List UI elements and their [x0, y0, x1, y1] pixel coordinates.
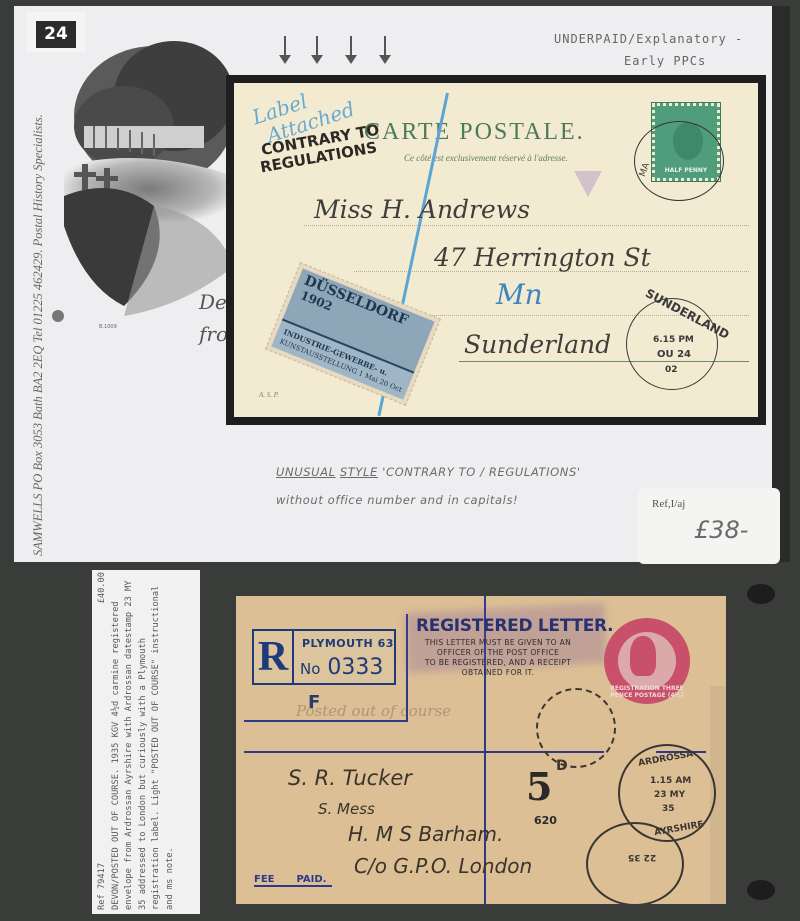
note-line: without office number and in capitals!: [276, 486, 581, 514]
address-line-name: S. R. Tucker: [288, 766, 412, 790]
transit-postmark: [536, 688, 616, 768]
registration-label: R PLYMOUTH 63 No 0333: [252, 629, 396, 685]
postmark-date: 22 35: [628, 852, 656, 862]
address-line-street: 47 Herrington St: [434, 243, 651, 272]
address-rule: [304, 225, 749, 226]
lot-annotation: UNUSUAL STYLE 'CONTRARY TO / REGULATIONS…: [276, 458, 581, 514]
annotation-line: UNDERPAID/Explanatory -: [554, 28, 794, 50]
london-postmark: 22 35: [586, 822, 684, 904]
note-quote: 'CONTRARY TO / REGULATIONS': [382, 465, 580, 479]
postage-indicia: REGISTRATION THREE PENCE POSTAGE (4½): [604, 618, 690, 704]
dusseldorf-exhibition-label: DÜSSELDORF 1902 INDUSTRIE-GEWERBE- u. KU…: [266, 263, 440, 404]
registration-no-prefix: No: [300, 660, 320, 678]
registration-office: PLYMOUTH 63: [302, 637, 394, 650]
price-card: Ref,I/aj £38-: [638, 488, 780, 564]
price-ref: Ref,I/aj: [652, 498, 685, 510]
postmark-town: ARDROSSA: [638, 749, 694, 768]
registered-letter-heading: REGISTERED LETTER.: [416, 616, 613, 636]
fee-word: FEE: [254, 874, 275, 885]
registered-instructions: This letter must be given to an Officer …: [408, 638, 588, 678]
address-line-ship: H. M S Barham.: [348, 822, 503, 846]
lot-description-text: DEVON/POSTED OUT OF COURSE. 1935 KGV 4½d…: [110, 572, 178, 910]
postmark-date: OU 24: [657, 349, 691, 360]
instruction-line: to be Registered, and a Receipt: [408, 658, 588, 668]
note-word: UNUSUAL: [276, 465, 336, 479]
charge-handstamp-number: 620: [534, 814, 557, 827]
arrow-down-icon: [316, 36, 318, 62]
faint-cachet-text: Posted out of course: [296, 702, 451, 720]
note-word: STYLE: [340, 465, 378, 479]
postcard: CARTE POSTALE. Ce côté est exclusivement…: [234, 83, 758, 417]
postmark-year: 35: [662, 804, 675, 814]
fee-paid-label: FEEPAID.: [254, 874, 332, 887]
king-portrait-icon: [630, 636, 656, 676]
blue-manuscript-mark: Mn: [496, 278, 543, 311]
lot-description-card: Ref 79417 £40.00 DEVON/POSTED OUT OF COU…: [92, 570, 200, 914]
top-album-page: 24 SAMWELLS PO Box 3053 Bath BA2 2EQ Tel…: [14, 6, 784, 562]
postmark-time: 6.15 PM: [653, 335, 694, 345]
charge-handstamp: 5: [526, 764, 552, 809]
address-line-mess: S. Mess: [318, 800, 375, 818]
registered-envelope: R PLYMOUTH 63 No 0333 F Posted out of co…: [236, 596, 726, 904]
instruction-line: obtained for it.: [408, 668, 588, 678]
price-value: £38-: [694, 516, 748, 544]
postcard-subtitle: Ce côté est exclusivement réservé à l'ad…: [404, 153, 568, 163]
paid-word: PAID.: [297, 874, 327, 885]
sunderland-postmark: SUNDERLAND 6.15 PM OU 24 02: [626, 298, 718, 390]
triangle-mark: [574, 171, 602, 197]
svg-text:B.1009: B.1009: [99, 324, 117, 330]
address-line-city: C/o G.P.O. London: [354, 854, 532, 878]
arrow-down-icon: [384, 36, 386, 62]
annotation-line: Early PPCs: [554, 50, 794, 72]
arrow-down-icon: [350, 36, 352, 62]
binder-hole: [747, 880, 775, 900]
binder-hole: [747, 584, 775, 604]
registration-number: 0333: [327, 655, 383, 680]
publisher-imprint: A. S. P.: [259, 391, 279, 399]
dealer-imprint: SAMWELLS PO Box 3053 Bath BA2 2EQ Tel 01…: [14, 66, 48, 556]
registration-r: R: [254, 631, 294, 683]
lot-price: £40.00: [96, 572, 110, 603]
postcard-mount: CARTE POSTALE. Ce côté est exclusivement…: [226, 75, 766, 425]
instruction-line: Officer of the Post Office: [408, 648, 588, 658]
address-line-town: Sunderland: [464, 330, 611, 359]
label-box-rule: [244, 720, 408, 722]
postmark-time: 1.15 AM: [650, 776, 691, 786]
postmark-town: SUNDERLAND: [643, 286, 731, 342]
lot-description: Ref 79417 £40.00 DEVON/POSTED OUT OF COU…: [96, 572, 177, 910]
charge-handstamp-letter: D: [556, 758, 568, 774]
arrow-down-icon: [284, 36, 286, 62]
postmark-date: 23 MY: [654, 790, 685, 800]
instruction-line: This letter must be given to an: [408, 638, 588, 648]
postmark-year: 02: [665, 365, 678, 375]
indicia-text: REGISTRATION THREE PENCE POSTAGE (4½): [604, 685, 690, 699]
postcard-title: CARTE POSTALE.: [364, 119, 585, 146]
departure-postmark: [634, 121, 724, 201]
lot-ref: Ref 79417: [96, 863, 110, 910]
address-line-name: Miss H. Andrews: [314, 195, 530, 224]
